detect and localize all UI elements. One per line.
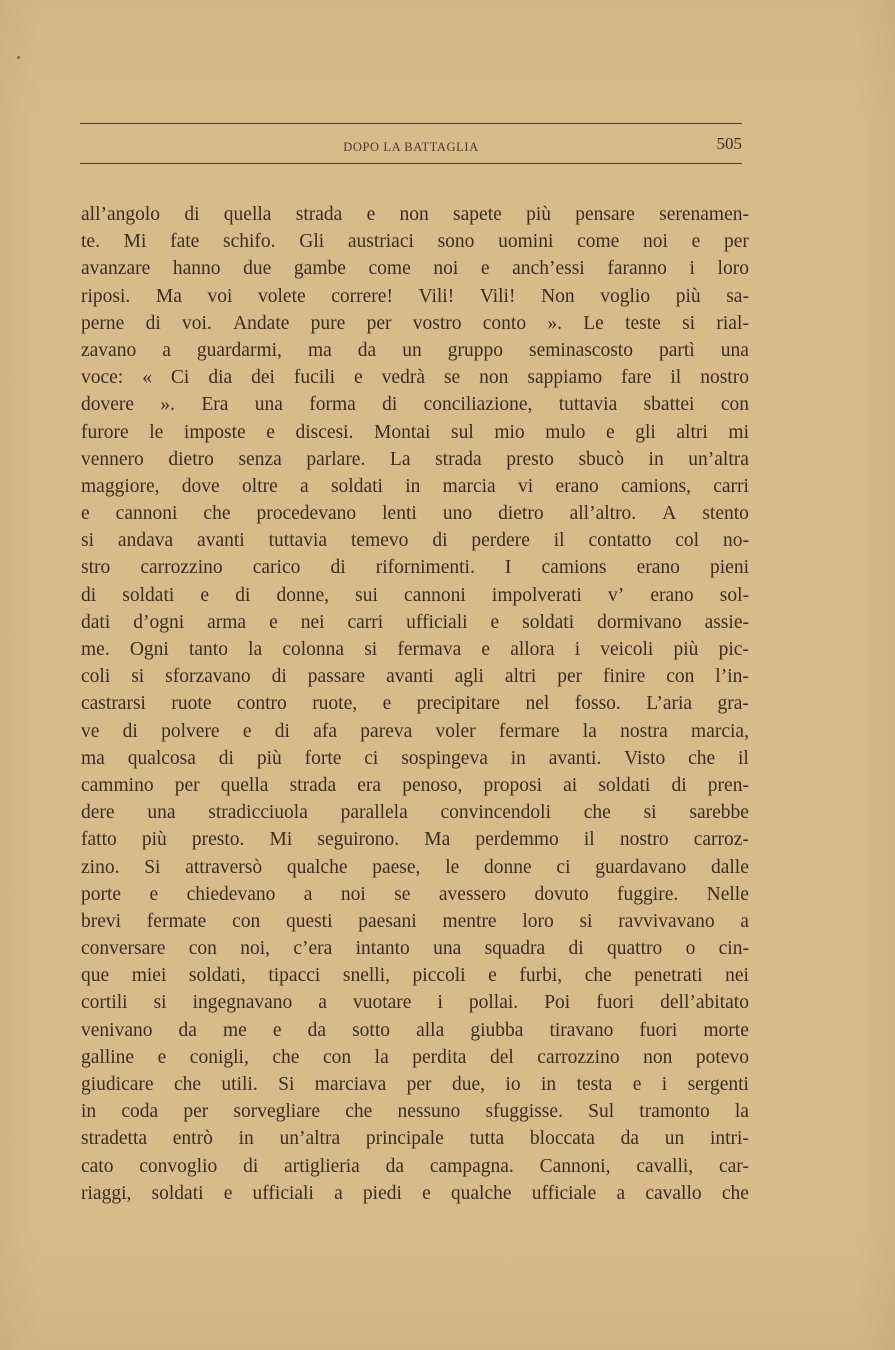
text-line: pernedivoi.Andatepurepervostroconto».Let…: [81, 310, 749, 337]
text-line: vedipolvereediafaparevavolerfermarelanos…: [81, 718, 749, 745]
text-line: fattopiùpresto.Miseguirono.Maperdemmoiln…: [81, 826, 749, 853]
running-head: DOPO LA BATTAGLIA 505: [80, 138, 742, 158]
text-line: avanzarehannoduegambecomenoieanch’essifa…: [81, 255, 749, 282]
text-line: quemieisoldati,tipaccisnelli,piccoliefur…: [81, 962, 749, 989]
text-line: cortilisiingegnavanoavuotareipollai.Poif…: [81, 989, 749, 1016]
text-line: disoldatiedidonne,suicannoniimpolverativ…: [81, 582, 749, 609]
text-line: colisisforzavanodipassareavantiaglialtri…: [81, 663, 749, 690]
paper-speck: [17, 56, 20, 59]
text-line: stradettaentròinun’altraprincipaletuttab…: [81, 1125, 749, 1152]
text-line: furoreleimposteediscesi.Montaisulmiomulo…: [81, 419, 749, 446]
text-line: incodapersorvegliarechenessunosfuggisse.…: [81, 1098, 749, 1125]
text-line: voce:«Cidiadeifucilievedràsenonsappiamof…: [81, 364, 749, 391]
text-line: siandavaavantituttaviatemevodiperdereilc…: [81, 527, 749, 554]
text-line: ecannonicheprocedevanolentiunodietroall’…: [81, 500, 749, 527]
text-line: all’angolodiquellastradaenonsapetepiùpen…: [81, 201, 749, 228]
text-line: vennerodietrosenzaparlare.Lastradapresto…: [81, 446, 749, 473]
text-line: giudicarecheutili.Simarciavaperdue,ioint…: [81, 1071, 749, 1098]
text-line: strocarrozzinocaricodirifornimenti.Icami…: [81, 554, 749, 581]
text-line: camminoperquellastradaerapenoso,proposia…: [81, 772, 749, 799]
running-title: DOPO LA BATTAGLIA: [80, 140, 742, 155]
text-line: brevifermateconquestipaesanimentrelorosi…: [81, 908, 749, 935]
text-line: dereunastradicciuolaparallelaconvincendo…: [81, 799, 749, 826]
header-rule-top: [80, 123, 742, 124]
text-line: catoconvogliodiartiglieriadacampagna.Can…: [81, 1153, 749, 1180]
text-line: dovere».Eraunaformadiconciliazione,tutta…: [81, 391, 749, 418]
header-rule-bottom: [80, 163, 742, 164]
body-text: all’angolodiquellastradaenonsapetepiùpen…: [81, 201, 749, 1207]
page-number: 505: [717, 134, 743, 154]
text-line: riposi.Mavoivoletecorrere!Vili!Vili!Nonv…: [81, 283, 749, 310]
book-page: DOPO LA BATTAGLIA 505 all’angolodiquella…: [0, 0, 895, 1350]
text-line: porteechiedevanoanoiseavesserodovutofugg…: [81, 881, 749, 908]
text-line: gallineeconigli,checonlaperditadelcarroz…: [81, 1044, 749, 1071]
text-line: me.Ognitantolacolonnasifermavaealloraive…: [81, 636, 749, 663]
text-line: venivanodameedasottoallagiubbatiravanofu…: [81, 1017, 749, 1044]
text-line: zino.Siattraversòqualchepaese,ledonnecig…: [81, 854, 749, 881]
text-line: riaggi,soldatieufficialiapiediequalcheuf…: [81, 1180, 749, 1207]
text-line: maqualcosadipiùfortecisospingevainavanti…: [81, 745, 749, 772]
text-line: maggiore,doveoltreasoldatiinmarciavieran…: [81, 473, 749, 500]
text-line: zavanoaguardarmi,madaungrupposeminascost…: [81, 337, 749, 364]
text-line: castrarsiruotecontroruote,eprecipitarene…: [81, 690, 749, 717]
text-line: conversareconnoi,c’eraintantounasquadrad…: [81, 935, 749, 962]
text-line: datid’ogniarmaeneicarriufficialiesoldati…: [81, 609, 749, 636]
text-line: te.Mifateschifo.Gliaustriacisonouominico…: [81, 228, 749, 255]
